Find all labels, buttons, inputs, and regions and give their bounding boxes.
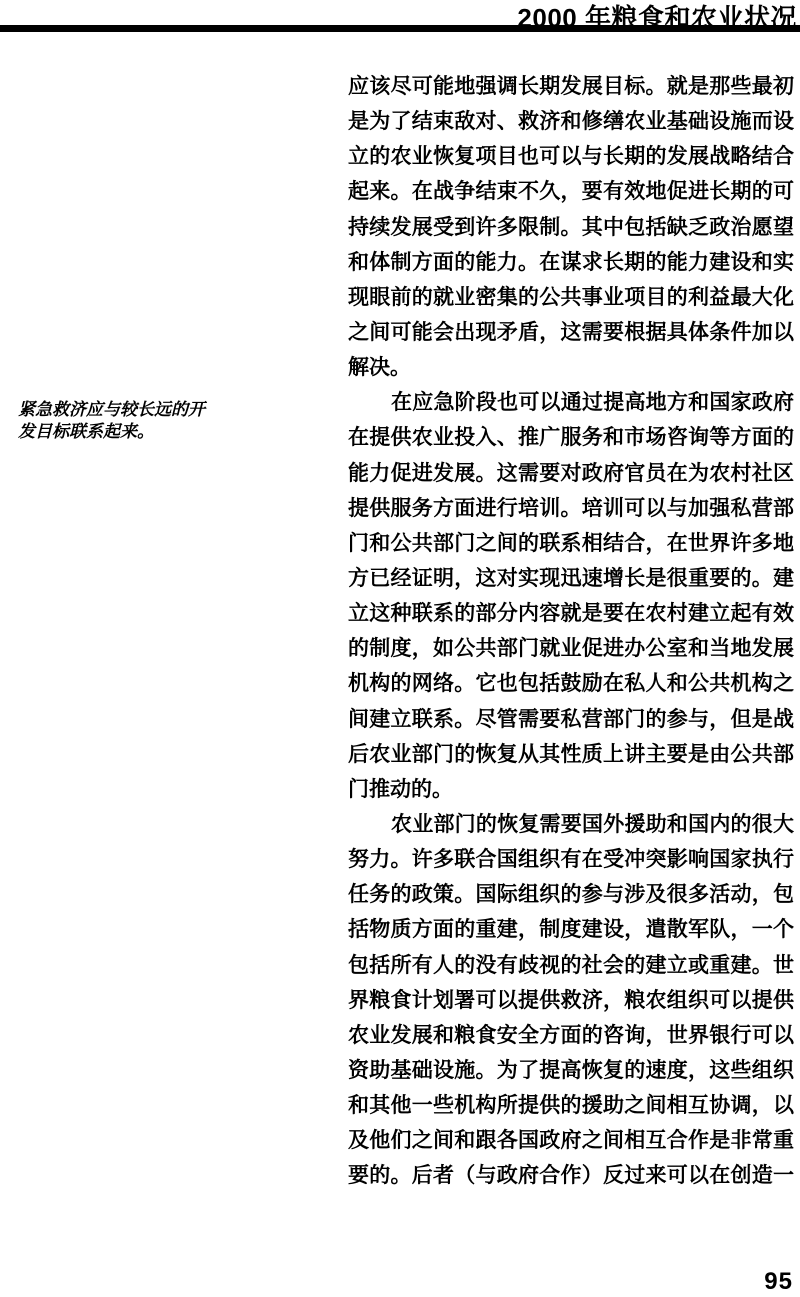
margin-note: 紧急救济应与较长远的开发目标联系起来。 [18, 399, 268, 442]
body-line: 提供服务方面进行培训。培训可以与加强私营部 [348, 491, 794, 526]
body-line: 方已经证明，这对实现迅速增长是很重要的。建 [348, 561, 794, 596]
body-line: 农业发展和粮食安全方面的咨询，世界银行可以 [348, 1018, 794, 1053]
document-page: 2000 年粮食和农业状况 紧急救济应与较长远的开发目标联系起来。 应该尽可能地… [0, 0, 800, 1297]
body-line: 及他们之间和跟各国政府之间相互合作是非常重 [348, 1123, 794, 1158]
body-line: 农业部门的恢复需要国外援助和国内的很大 [348, 807, 794, 842]
body-line: 努力。许多联合国组织有在受冲突影响国家执行 [348, 842, 794, 877]
body-line: 持续发展受到许多限制。其中包括缺乏政治愿望 [348, 210, 794, 245]
body-line: 间建立联系。尽管需要私营部门的参与，但是战 [348, 702, 794, 737]
body-line: 门推动的。 [348, 772, 794, 807]
body-line: 能力促进发展。这需要对政府官员在为农村社区 [348, 456, 794, 491]
body-line: 是为了结束敌对、救济和修缮农业基础设施而设 [348, 104, 794, 139]
body-line: 界粮食计划署可以提供救济，粮农组织可以提供 [348, 983, 794, 1018]
body-line: 包括所有人的没有歧视的社会的建立或重建。世 [348, 948, 794, 983]
body-line: 和体制方面的能力。在谋求长期的能力建设和实 [348, 245, 794, 280]
body-text: 应该尽可能地强调长期发展目标。就是那些最初是为了结束敌对、救济和修缮农业基础设施… [348, 69, 794, 1194]
body-line: 之间可能会出现矛盾，这需要根据具体条件加以 [348, 315, 794, 350]
body-line: 任务的政策。国际组织的参与涉及很多活动，包 [348, 877, 794, 912]
body-line: 机构的网络。它也包括鼓励在私人和公共机构之 [348, 666, 794, 701]
body-line: 应该尽可能地强调长期发展目标。就是那些最初 [348, 69, 794, 104]
body-line: 门和公共部门之间的联系相结合，在世界许多地 [348, 526, 794, 561]
body-line: 解决。 [348, 350, 794, 385]
body-line: 后农业部门的恢复从其性质上讲主要是由公共部 [348, 737, 794, 772]
body-line: 现眼前的就业密集的公共事业项目的利益最大化 [348, 280, 794, 315]
body-line: 立这种联系的部分内容就是要在农村建立起有效 [348, 596, 794, 631]
body-line: 资助基础设施。为了提高恢复的速度，这些组织 [348, 1053, 794, 1088]
margin-note-line: 发目标联系起来。 [18, 421, 268, 443]
body-line: 括物质方面的重建，制度建设，遣散军队，一个 [348, 912, 794, 947]
body-line: 在提供农业投入、推广服务和市场咨询等方面的 [348, 420, 794, 455]
body-line: 立的农业恢复项目也可以与长期的发展战略结合 [348, 139, 794, 174]
body-line: 在应急阶段也可以通过提高地方和国家政府 [348, 385, 794, 420]
header-divider-rule [0, 25, 800, 32]
page-number: 95 [764, 1268, 793, 1296]
body-line: 和其他一些机构所提供的援助之间相互协调，以 [348, 1088, 794, 1123]
body-line: 起来。在战争结束不久，要有效地促进长期的可 [348, 174, 794, 209]
body-line: 要的。后者（与政府合作）反过来可以在创造一 [348, 1158, 794, 1193]
body-line: 的制度，如公共部门就业促进办公室和当地发展 [348, 631, 794, 666]
margin-note-line: 紧急救济应与较长远的开 [18, 399, 268, 421]
